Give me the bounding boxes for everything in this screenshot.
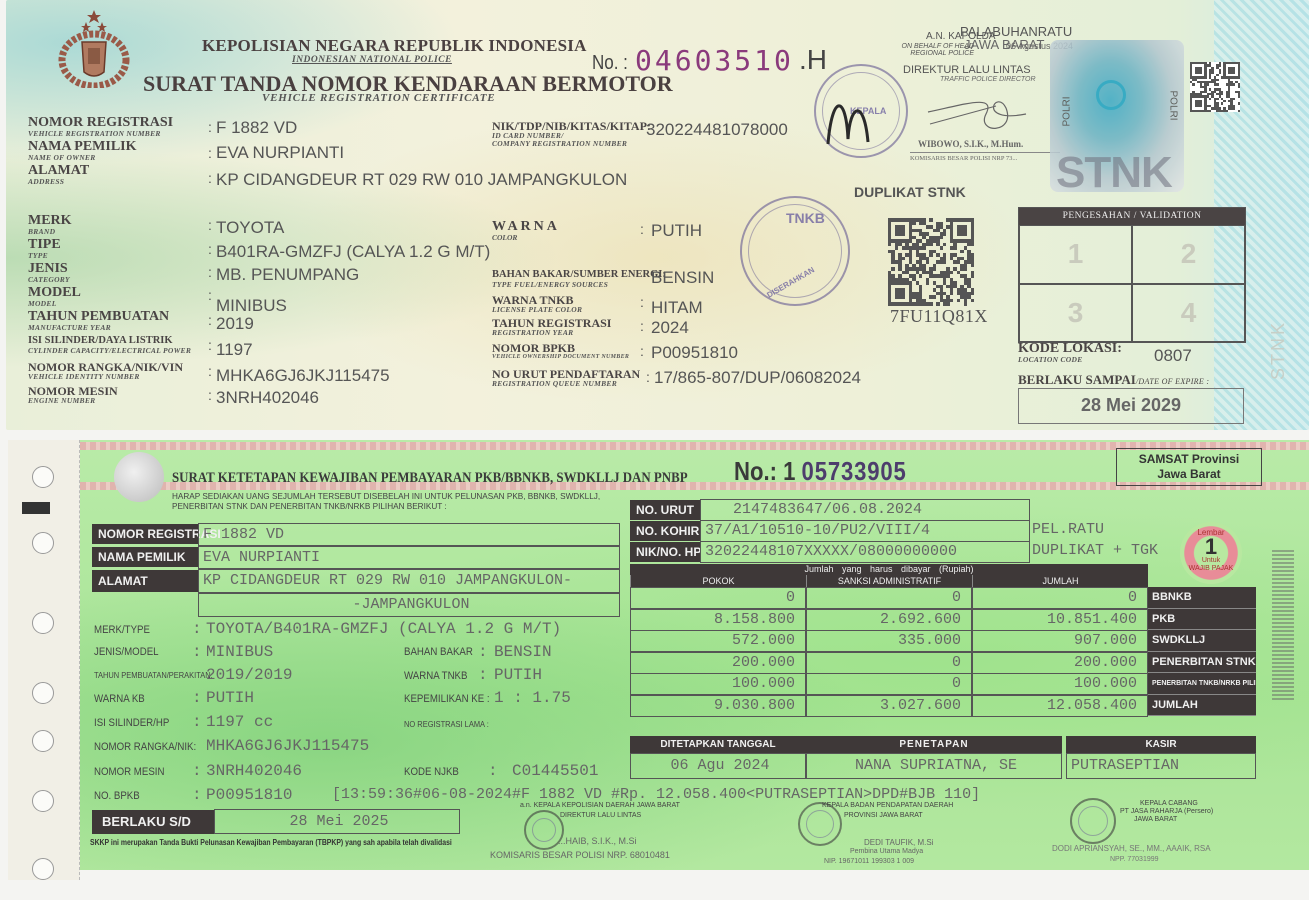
label-jenis: JENISCATEGORY (28, 262, 70, 284)
value-no-urut: 2147483647/06.08.2024 (700, 499, 1030, 521)
value-nomor-registrasi: F 1882 VD (198, 523, 620, 546)
skkp-subtitle: HARAP SEDIAKAN UANG SEJUMLAH TERSEBUT DI… (172, 492, 632, 513)
value-nama-pemilik: EVA NURPIANTI (216, 143, 344, 163)
label-no-urut: NO URUT PENDAFTARANREGISTRATION QUEUE NU… (492, 368, 640, 388)
value-jenis: MB. PENUMPANG (216, 265, 359, 285)
jr-sign-line3: JAWA BARAT (1134, 816, 1177, 823)
amount-cell-jumlah: 200.000 (972, 652, 1148, 674)
amount-row-label: BBNKB (1148, 587, 1256, 609)
amount-cell-sanksi: 2.692.600 (806, 609, 972, 631)
jr-sign-line2: PT JASA RAHARJA (Persero) (1120, 808, 1213, 815)
document-title-en: VEHICLE REGISTRATION CERTIFICATE (262, 92, 495, 104)
label-nama-pemilik: NAMA PEMILIK (92, 547, 198, 567)
police-sign-name: ...HAIB, S.I.K., M.Si (558, 836, 637, 846)
validation-title: PENGESAHAN / VALIDATION (1019, 208, 1245, 225)
value-tahun: 2019/2019 (206, 666, 292, 684)
amount-row-label: SWDKLLJ (1148, 630, 1256, 652)
value-nomor-bpkb: P00951810 (651, 343, 738, 363)
value-warna: PUTIH (651, 221, 702, 241)
value-merk: TOYOTA (216, 218, 284, 238)
amount-cell-jumlah: 907.000 (972, 630, 1148, 652)
value-valid-until: 28 Mei 2025 (214, 809, 460, 834)
value-nomor-mesin: 3NRH402046 (206, 762, 302, 780)
sign-director-en: TRAFFIC POLICE DIRECTOR (940, 76, 1036, 83)
validation-cell-2: 2 (1132, 225, 1245, 284)
value-expiry: 28 Mei 2029 (1018, 388, 1244, 424)
sign-on-behalf-en: ON BEHALF OF HEAD REGIONAL POLICE (874, 43, 974, 58)
value-warna-tnkb: HITAM (651, 298, 703, 318)
value-nama-pemilik: EVA NURPIANTI (198, 546, 620, 569)
label-tahun-pembuatan: TAHUN PEMBUATANMANUFACTURE YEAR (28, 310, 169, 332)
label-kode-njkb: KODE NJKB (404, 766, 459, 778)
amount-cell-pokok: 572.000 (630, 630, 806, 652)
amount-header: Jumlah yang harus dibayar (Rupiah) (630, 564, 1148, 575)
jr-sign-line1: KEPALA CABANG (1140, 800, 1198, 807)
value-tahun-pembuatan: 2019 (216, 314, 254, 334)
value-jenis-model: MINIBUS (206, 643, 273, 661)
header-title-en: INDONESIAN NATIONAL POLICE (292, 55, 452, 65)
label-warna-tnkb: WARNA TNKB (404, 670, 467, 682)
sign-director: DIREKTUR LALU LINTAS (903, 64, 1031, 76)
office-code: PEL.RATU (1032, 521, 1104, 538)
amount-row-label: PENERBITAN TNKB/NRKB PILIHAN (1148, 673, 1256, 695)
document-number: 04603510 (635, 44, 794, 77)
duplicate-code: 7FU11Q81X (890, 306, 988, 327)
lembar-badge: Lembar 1 Untuk WAJIB PAJAK (1180, 522, 1242, 584)
label-tahun-registrasi: TAHUN REGISTRASIREGISTRATION YEAR (492, 317, 611, 337)
amount-cell-sanksi: 0 (806, 673, 972, 695)
punch-hole-icon (32, 532, 54, 554)
label-no-kohir: NO. KOHIR (630, 521, 700, 541)
column-sanksi: SANKSI ADMINISTRATIF (806, 575, 972, 587)
label-nomor-mesin: NOMOR MESIN (94, 766, 164, 778)
label-merk: MERKBRAND (28, 214, 72, 236)
amount-row-labels: BBNKBPKBSWDKLLJPENERBITAN STNKPENERBITAN… (1148, 587, 1256, 716)
validation-cell-4: 4 (1132, 284, 1245, 343)
label-warna-tnkb: WARNA TNKBLICENSE PLATE COLOR (492, 294, 582, 314)
label-nomor-rangka: NOMOR RANGKA/NIK: (94, 741, 196, 753)
punch-hole-icon (32, 730, 54, 752)
value-nik: 320224481078000 (646, 120, 788, 140)
amount-row: 8.158.8002.692.60010.851.400 (630, 609, 1148, 631)
value-isi-silinder: 1197 cc (206, 713, 273, 731)
skkp-number: No.: 1 05733905 (734, 456, 907, 487)
side-barcode-icon (1272, 550, 1294, 700)
amount-cell-sanksi: 335.000 (806, 630, 972, 652)
label-isi-silinder: ISI SILINDER/DAYA LISTRIKCYLINDER CAPACI… (28, 336, 191, 354)
label-nomor-mesin: NOMOR MESINENGINE NUMBER (28, 385, 118, 405)
amount-cell-sanksi: 3.027.600 (806, 695, 972, 717)
amount-cell-sanksi: 0 (806, 652, 972, 674)
label-valid-until: BERLAKU S/D (92, 810, 214, 834)
label-no-bpkb: NO. BPKB (94, 790, 140, 802)
label-nomor-rangka: NOMOR RANGKA/NIK/VINVEHICLE IDENTITY NUM… (28, 361, 183, 381)
amount-row: 9.030.8003.027.60012.058.400 (630, 695, 1148, 717)
value-merk-type: TOYOTA/B401RA-GMZFJ (CALYA 1.2 G M/T) (206, 620, 561, 638)
label-expiry: BERLAKU SAMPAI/DATE OF EXPIRE : (1018, 372, 1209, 388)
duplicate-note: DUPLIKAT + TGK (1032, 542, 1158, 559)
transaction-line: [13:59:36#06-08-2024#F 1882 VD #Rp. 12.0… (332, 786, 980, 803)
value-date-assigned: 06 Agu 2024 (630, 753, 806, 779)
amount-row: 572.000335.000907.000 (630, 630, 1148, 652)
label-nomor-bpkb: NOMOR BPKBVEHICLE OWNERSHIP DOCUMENT NUM… (492, 342, 629, 360)
value-tipe: B401RA-GMZFJ (CALYA 1.2 G M/T) (216, 242, 490, 262)
police-sign-line1: a.n. KEPALA KEPOLISIAN DAERAH JAWA BARAT (520, 802, 680, 809)
hologram-ring-icon (1096, 80, 1126, 110)
label-tipe: TIPETYPE (28, 238, 61, 260)
value-no-bpkb: P00951810 (206, 786, 292, 804)
value-alamat: KP CIDANGDEUR RT 029 RW 010 JAMPANGKULON (216, 170, 627, 190)
bapenda-sign-nip: NIP. 19671011 199303 1 009 (824, 858, 914, 865)
document-number-suffix: .H (799, 44, 827, 76)
label-bahan-bakar: BAHAN BAKAR (404, 646, 473, 658)
amount-columns: POKOK SANKSI ADMINISTRATIF JUMLAH (630, 575, 1148, 587)
value-nomor-mesin: 3NRH402046 (216, 388, 319, 408)
label-no-reg-lama: NO REGISTRASI LAMA : (404, 719, 489, 729)
label-location-code: KODE LOKASI: LOCATION CODE (1018, 342, 1122, 364)
jr-sign-name: DODI APRIANSYAH, SE., MM., AAAIK, RSA (1052, 844, 1211, 853)
amount-cell-jumlah: 0 (972, 587, 1148, 609)
column-pokok: POKOK (630, 575, 806, 587)
value-no-urut: 17/865-807/DUP/06082024 (654, 368, 861, 388)
side-watermark: STNK (1268, 320, 1289, 380)
duplicate-title: DUPLIKAT STNK (854, 184, 966, 200)
punch-hole-icon (32, 858, 54, 880)
police-sign-line2: DIREKTUR LALU LINTAS (560, 812, 641, 819)
label-nomor-registrasi: NOMOR REGISTRASI (92, 524, 198, 544)
column-jumlah: JUMLAH (972, 575, 1148, 587)
value-tahun-registrasi: 2024 (651, 318, 689, 338)
value-kasir: PUTRASEPTIAN (1066, 753, 1256, 779)
amount-row: 200.0000200.000 (630, 652, 1148, 674)
value-bahan-bakar: BENSIN (651, 268, 714, 288)
amount-row: 000 (630, 587, 1148, 609)
punch-hole-icon (32, 682, 54, 704)
value-alamat: KP CIDANGDEUR RT 029 RW 010 JAMPANGKULON… (198, 569, 620, 593)
tnkb-stamp: TNKB DISERAHKAN (740, 196, 850, 306)
bapenda-sign-name: DEDI TAUFIK, M.Si (864, 838, 934, 847)
label-merk-type: MERK/TYPE (94, 624, 150, 636)
amount-cell-pokok: 9.030.800 (630, 695, 806, 717)
skkp-card: SURAT KETETAPAN KEWAJIBAN PEMBAYARAN PKB… (80, 440, 1309, 870)
stub-mark (22, 502, 50, 514)
punch-hole-icon (32, 466, 54, 488)
qr-code-top-icon (1190, 62, 1240, 112)
qr-code-duplicate-icon (888, 218, 974, 306)
value-kepemilikan: 1 : 1.75 (494, 689, 571, 707)
label-date-assigned: DITETAPKAN TANGGAL (630, 736, 806, 753)
amount-cell-sanksi: 0 (806, 587, 972, 609)
amount-row-label: PKB (1148, 609, 1256, 631)
value-alamat-line2: -JAMPANGKULON (198, 593, 620, 617)
label-nama-pemilik: NAMA PEMILIK NAME OF OWNER (28, 140, 137, 162)
value-penetapan: NANA SUPRIATNA, SE (806, 753, 1062, 779)
label-no-urut: NO. URUT (630, 500, 700, 520)
value-nomor-rangka: MHKA6GJ6JKJ115475 (206, 737, 369, 755)
jasaraharja-stamp (1070, 798, 1116, 844)
bapenda-sign-rank: Pembina Utama Madya (850, 848, 923, 855)
footer-note: SKKP ini merupakan Tanda Bukti Pelunasan… (90, 838, 452, 847)
value-warna-tnkb: PUTIH (494, 666, 542, 684)
value-isi-silinder: 1197 (216, 340, 253, 360)
label-nik: NIK/TDP/NIB/KITAS/KITAP: ID CARD NUMBER/… (492, 120, 651, 147)
amount-cell-pokok: 0 (630, 587, 806, 609)
amount-table: 0008.158.8002.692.60010.851.400572.00033… (630, 587, 1148, 716)
punch-hole-icon (32, 790, 54, 812)
amount-cell-jumlah: 100.000 (972, 673, 1148, 695)
hologram-seal-icon (114, 452, 164, 502)
value-bahan-bakar: BENSIN (494, 643, 552, 661)
value-warna-kb: PUTIH (206, 689, 254, 707)
label-bahan-bakar: BAHAN BAKAR/SUMBER ENERGI:TYPE FUEL/ENER… (492, 270, 666, 288)
jr-sign-npp: NPP. 77031999 (1110, 856, 1159, 863)
signature-scribble-icon (818, 84, 888, 154)
label-isi-silinder: ISI SILINDER/HP (94, 717, 169, 729)
value-no-kohir: 37/A1/10510-10/PU2/VIII/4 (700, 520, 1030, 542)
police-emblem-icon (52, 8, 136, 88)
label-alamat: ALAMAT ADDRESS (28, 164, 89, 186)
label-warna: WARNACOLOR (492, 220, 560, 242)
stnk-card: KEPOLISIAN NEGARA REPUBLIK INDONESIA IND… (6, 0, 1309, 430)
amount-row-label: JUMLAH (1148, 695, 1256, 717)
samsat-box: SAMSAT Provinsi Jawa Barat (1116, 448, 1262, 486)
amount-row-label: PENERBITAN STNK (1148, 652, 1256, 674)
punch-hole-icon (32, 612, 54, 634)
header-title: KEPOLISIAN NEGARA REPUBLIK INDONESIA (202, 36, 587, 56)
value-model: MINIBUS (216, 296, 287, 316)
label-nomor-registrasi: NOMOR REGISTRASI VEHICLE REGISTRATION NU… (28, 116, 173, 138)
skkp-title: SURAT KETETAPAN KEWAJIBAN PEMBAYARAN PKB… (172, 470, 688, 487)
director-signature-icon (926, 84, 1036, 140)
bapenda-sign-line1: KEPALA BADAN PENDAPATAN DAERAH (822, 802, 953, 809)
bapenda-stamp (798, 802, 842, 846)
label-kepemilikan: KEPEMILIKAN KE : (404, 693, 490, 705)
sign-name: WIBOWO, S.I.K., M.Hum. (918, 139, 1023, 149)
polri-hologram: POLRI POLRI STNK (1050, 40, 1184, 192)
value-nomor-registrasi: F 1882 VD (216, 118, 297, 138)
validation-cell-3: 3 (1019, 284, 1132, 343)
label-alamat: ALAMAT (92, 570, 198, 592)
amount-cell-pokok: 8.158.800 (630, 609, 806, 631)
sign-rank: KOMISARIS BESAR POLISI NRP 73... (910, 152, 1060, 162)
document-number-label: No. : (592, 52, 628, 75)
label-nik-hp: NIK/NO. HP (630, 542, 700, 562)
label-model: MODELMODEL (28, 286, 81, 308)
label-tahun: TAHUN PEMBUATAN/PERAKITAN: (94, 670, 213, 680)
validation-cell-1: 1 (1019, 225, 1132, 284)
value-nomor-rangka: MHKA6GJ6JKJ115475 (216, 366, 390, 386)
amount-cell-jumlah: 10.851.400 (972, 609, 1148, 631)
label-kasir: KASIR (1066, 736, 1256, 753)
value-nik-hp: 32022448107XXXXX/08000000000 (700, 541, 1030, 563)
label-warna-kb: WARNA KB (94, 693, 145, 705)
skkp-stub (8, 440, 80, 880)
value-kode-njkb: C01445501 (512, 762, 598, 780)
label-penetapan: PENETAPAN (806, 736, 1062, 753)
label-jenis-model: JENIS/MODEL (94, 646, 159, 658)
amount-cell-pokok: 100.000 (630, 673, 806, 695)
amount-cell-jumlah: 12.058.400 (972, 695, 1148, 717)
bapenda-sign-line2: PROVINSI JAWA BARAT (844, 812, 923, 819)
police-sign-rank: KOMISARIS BESAR POLISI NRP. 68010481 (490, 850, 670, 860)
value-location-code: 0807 (1154, 346, 1192, 366)
validation-box: PENGESAHAN / VALIDATION 1 2 3 4 (1018, 207, 1246, 343)
amount-row: 100.0000100.000 (630, 673, 1148, 695)
amount-cell-pokok: 200.000 (630, 652, 806, 674)
